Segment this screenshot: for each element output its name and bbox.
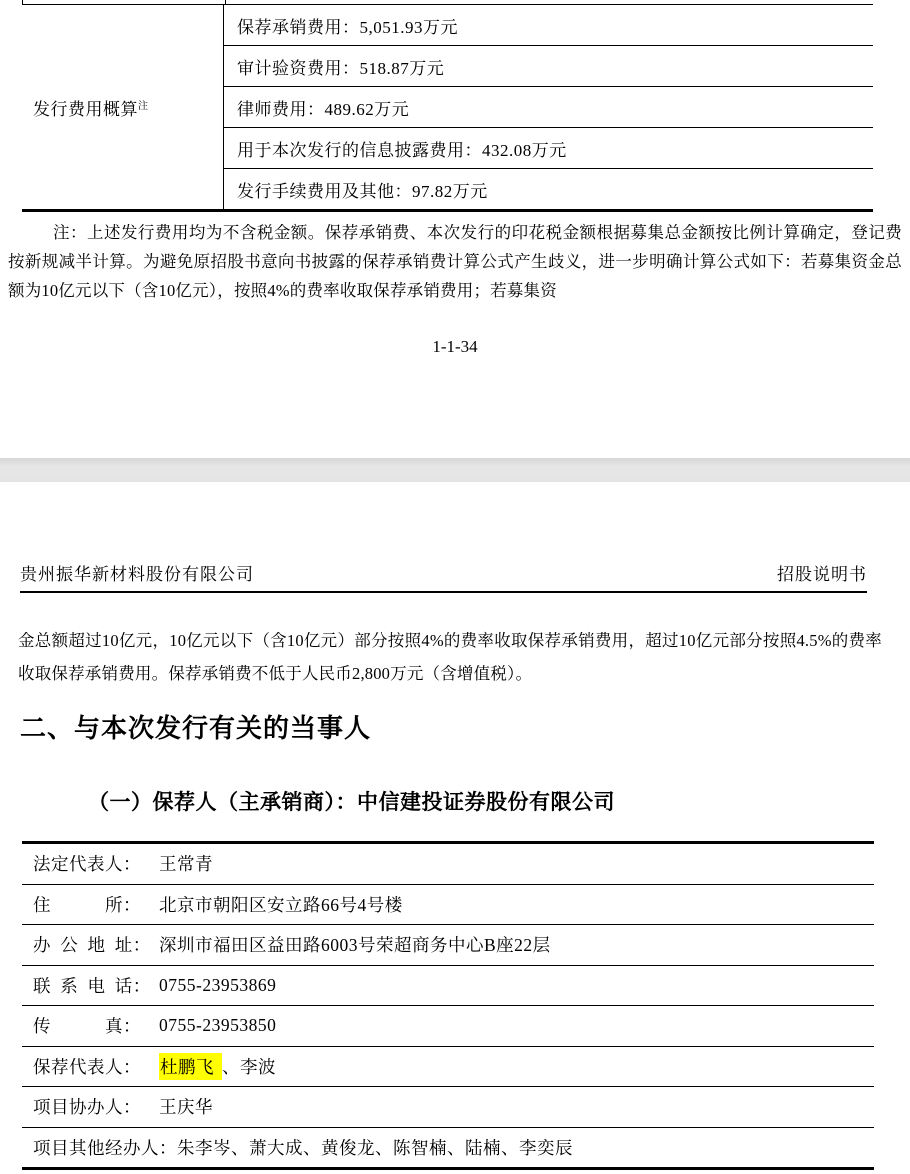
- fees-table-clipped-cell: [22, 0, 226, 4]
- sponsor-row-label: 办 公 地 址：: [33, 932, 159, 957]
- fees-item-disclosure: 用于本次发行的信息披露费用：432.08万元: [224, 127, 873, 168]
- doc-type-label: 招股说明书: [777, 560, 867, 585]
- body-paragraph: 金总额超过10亿元，10亿元以下（含10亿元）部分按照4%的费率收取保荐承销费用…: [18, 624, 882, 690]
- sponsor-row-other-staff: 项目其他经办人：朱李岑、萧大成、黄俊龙、陈智楠、陆楠、李奕辰: [22, 1128, 874, 1168]
- sponsor-row-value: 0755-23953869: [159, 975, 276, 996]
- fees-item-lawyer: 律师费用：489.62万元: [224, 86, 873, 127]
- sponsor-row-label: 联 系 电 话：: [33, 973, 159, 998]
- fees-item-audit: 审计验资费用：518.87万元: [224, 45, 873, 86]
- highlighted-name: 杜鹏飞: [159, 1053, 222, 1080]
- page-number: 1-1-34: [0, 337, 910, 357]
- sponsor-row-value: 朱李岑、萧大成、黄俊龙、陈智楠、陆楠、李奕辰: [177, 1135, 573, 1160]
- company-name: 贵州振华新材料股份有限公司: [20, 560, 254, 585]
- sponsor-row-co-organizer: 项目协办人：王庆华: [22, 1087, 874, 1128]
- sponsor-row-office-address: 办 公 地 址：深圳市福田区益田路6003号荣超商务中心B座22层: [22, 925, 874, 966]
- sponsor-row-label: 传 真：: [33, 1013, 159, 1038]
- fees-table-label: 发行费用概算: [33, 95, 138, 120]
- fees-item-other: 发行手续费用及其他：97.82万元: [224, 168, 873, 209]
- sponsor-row-representatives: 保荐代表人：杜鹏飞、李波: [22, 1047, 874, 1088]
- sponsor-table: 法定代表人：王常青 住 所：北京市朝阳区安立路66号4号楼 办 公 地 址：深圳…: [22, 841, 874, 1170]
- sponsor-row-value: 王常青: [159, 851, 213, 876]
- sponsor-row-value: 0755-23953850: [159, 1015, 276, 1036]
- sponsor-row-value: 北京市朝阳区安立路66号4号楼: [159, 892, 403, 917]
- sponsor-row-legal-representative: 法定代表人：王常青: [22, 844, 874, 885]
- sponsor-row-label: 项目协办人：: [33, 1094, 159, 1119]
- sponsor-row-value: 、李波: [222, 1054, 276, 1079]
- sponsor-row-residence: 住 所：北京市朝阳区安立路66号4号楼: [22, 885, 874, 926]
- sponsor-row-phone: 联 系 电 话：0755-23953869: [22, 966, 874, 1007]
- subsection-heading: （一）保荐人（主承销商）：中信建投证券股份有限公司: [88, 786, 615, 816]
- page-header: 贵州振华新材料股份有限公司 招股说明书: [20, 560, 867, 593]
- fees-table: 发行费用概算注 保荐承销费用：5,051.93万元 审计验资费用：518.87万…: [22, 0, 873, 212]
- section-heading: 二、与本次发行有关的当事人: [20, 708, 371, 745]
- sponsor-row-label: 法定代表人：: [33, 851, 159, 876]
- sponsor-row-label: 保荐代表人：: [33, 1054, 159, 1079]
- fees-table-row-header: 发行费用概算注: [22, 5, 224, 209]
- sponsor-row-label: 住 所：: [33, 892, 159, 917]
- fees-item-underwriting: 保荐承销费用：5,051.93万元: [224, 5, 873, 45]
- sponsor-row-value: 王庆华: [159, 1094, 213, 1119]
- sponsor-row-fax: 传 真：0755-23953850: [22, 1006, 874, 1047]
- sponsor-row-value: 深圳市福田区益田路6003号荣超商务中心B座22层: [159, 932, 551, 957]
- sponsor-row-label: 项目其他经办人：: [33, 1135, 177, 1160]
- footnote-text: 注：上述发行费用均为不含税金额。保荐承销费、本次发行的印花税金额根据募集总金额按…: [8, 218, 902, 305]
- page-gap: [0, 458, 910, 482]
